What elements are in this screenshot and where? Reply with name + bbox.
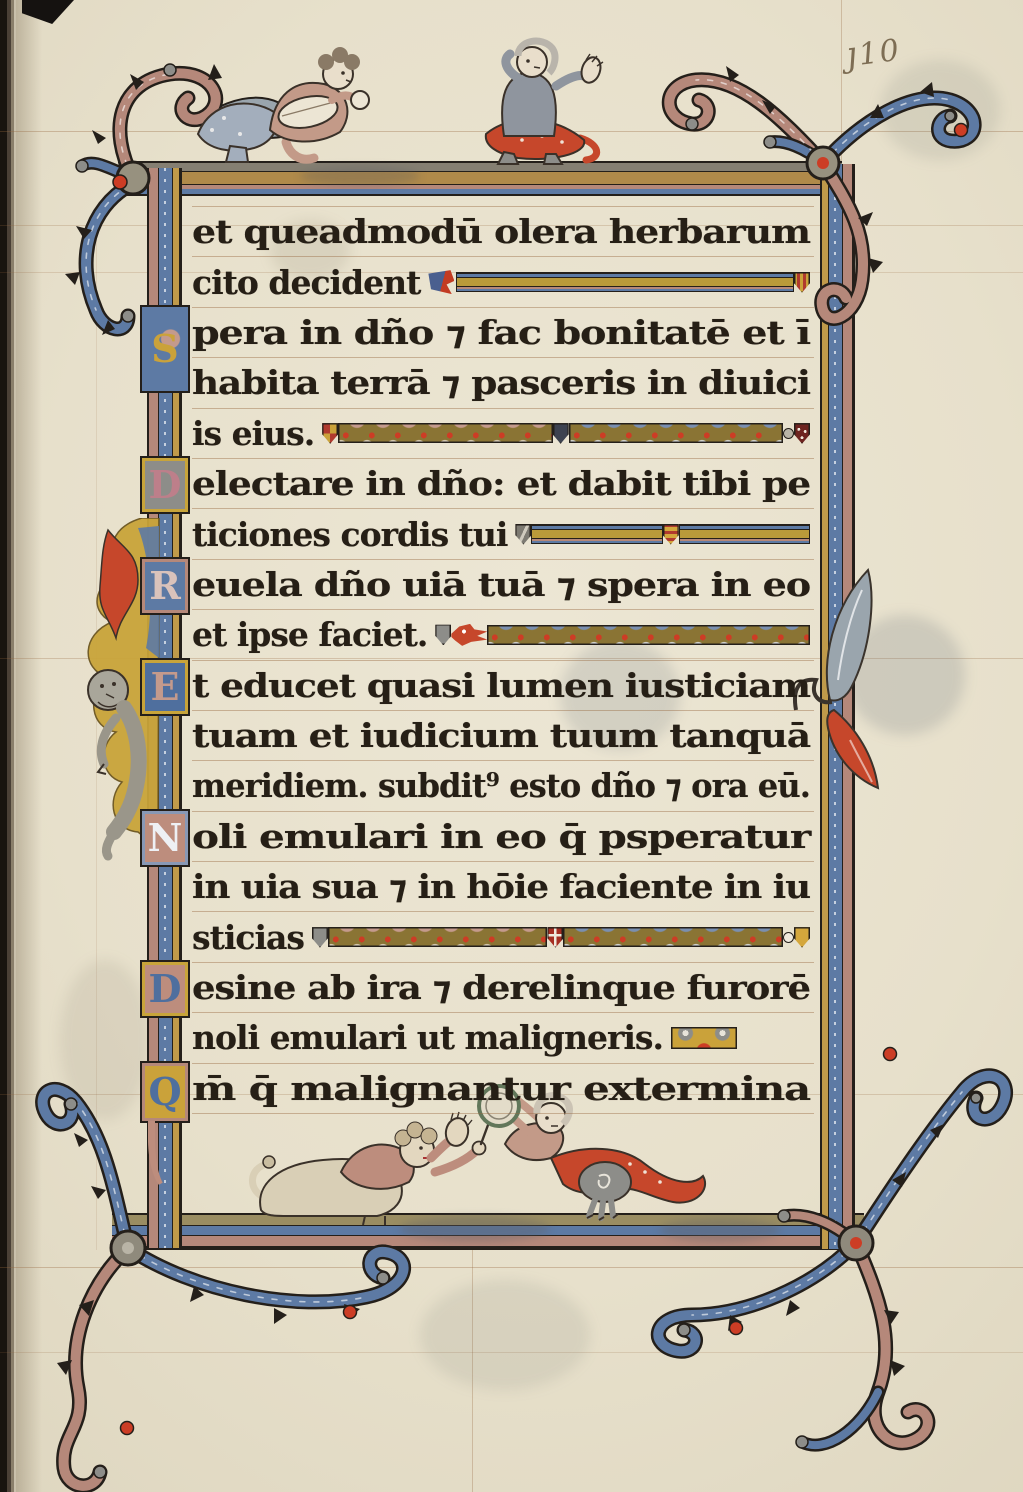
stain xyxy=(420,1280,590,1390)
verse-text: m̄ q̄ malignantur extermina xyxy=(192,1072,810,1105)
text-line: sticias xyxy=(192,911,814,961)
drollery-hybrid-figure-gesturing xyxy=(452,34,612,166)
text-line: ticiones cordis tui xyxy=(192,508,814,558)
stain xyxy=(845,615,965,735)
verse-text: euela dño uiā tuā ⁊ spera in eo xyxy=(192,568,810,601)
ruling-line-vertical xyxy=(841,0,842,161)
verse-text: ticiones cordis tui xyxy=(192,518,507,551)
text-line: in uia sua ⁊ in hōie faciente in iu xyxy=(192,861,814,911)
paint-smudge xyxy=(400,1216,550,1242)
stain xyxy=(60,960,150,1120)
illuminated-initial-Q: Q xyxy=(140,1061,190,1123)
border-bar-top xyxy=(118,161,842,196)
illuminated-initial-N: N xyxy=(140,809,190,867)
paint-smudge xyxy=(300,166,420,186)
folio-number: ȷ10 xyxy=(844,29,903,75)
verse-text: meridiem. subdit⁹ esto dño ⁊ ora eū. xyxy=(192,769,810,802)
line-filler-knot-small xyxy=(671,1027,810,1049)
text-lines: et queadmodū olera herbarumcito decident… xyxy=(192,206,814,1114)
drollery-lion-man-pointing xyxy=(245,1098,500,1226)
text-line: Desine ab ira ⁊ derelinque furorē xyxy=(192,962,814,1012)
verse-text: esine ab ira ⁊ derelinque furorē xyxy=(192,971,810,1004)
text-line: Noli emulari in eo q̄ psperatur xyxy=(192,811,814,861)
book-binding-edge xyxy=(0,0,16,1492)
verse-text: electare in dño: et dabit tibi pe xyxy=(192,467,810,500)
ruling-line xyxy=(0,1267,1023,1268)
verse-text: pera in dño ⁊ fac bonitatē et ī xyxy=(192,316,810,349)
text-line: et ipse faciet. xyxy=(192,609,814,659)
verse-text: sticias xyxy=(192,921,304,954)
illuminated-initial-R: R xyxy=(140,557,190,615)
verse-text: tuam et iudicium tuum tanquā xyxy=(192,719,810,752)
text-line: noli emulari ut maligneris. xyxy=(192,1012,814,1062)
text-line: habita terrā ⁊ pasceris in diuici xyxy=(192,357,814,407)
verse-text: cito decident xyxy=(192,266,420,299)
text-line: is eius. xyxy=(192,408,814,458)
manuscript-page: { "page": { "folio_flourish": "ȷ", "foli… xyxy=(0,0,1023,1492)
border-bar-right xyxy=(820,164,855,1249)
line-filler-bar-shields xyxy=(515,523,810,545)
text-line: et queadmodū olera herbarum xyxy=(192,206,814,256)
illuminated-initial-D: D xyxy=(140,960,190,1018)
verse-text: et queadmodū olera herbarum xyxy=(192,215,810,248)
text-line: Et educet quasi lumen iusticiam xyxy=(192,660,814,710)
illuminated-initial-E: E xyxy=(140,658,190,716)
line-filler-dragon-scroll xyxy=(435,624,810,646)
text-line: meridiem. subdit⁹ esto dño ⁊ ora eū. xyxy=(192,760,814,810)
line-filler-interlace-a xyxy=(322,422,810,444)
text-line: cito decident xyxy=(192,256,814,306)
verse-text: oli emulari in eo q̄ psperatur xyxy=(192,820,810,853)
ruling-line xyxy=(0,131,1023,132)
line-filler-pennant-bar xyxy=(428,271,810,293)
text-line: tuam et iudicium tuum tanquā xyxy=(192,710,814,760)
paint-smudge xyxy=(660,1218,780,1242)
text-line: Spera in dño ⁊ fac bonitatē et ī xyxy=(192,307,814,357)
drollery-hybrid-figure-with-bundle xyxy=(190,38,405,168)
illuminated-initial-D: D xyxy=(140,456,190,514)
verse-text: in uia sua ⁊ in hōie faciente in iu xyxy=(192,870,810,903)
text-line: Reuela dño uiā tuā ⁊ spera in eo xyxy=(192,559,814,609)
text-line: Qm̄ q̄ malignantur extermina xyxy=(192,1063,814,1114)
stain xyxy=(880,60,1000,160)
illuminated-initial-S: S xyxy=(140,305,190,393)
verse-text: noli emulari ut maligneris. xyxy=(192,1021,663,1054)
line-filler-interlace-b xyxy=(312,926,810,948)
verse-text: et ipse faciet. xyxy=(192,618,427,651)
verse-text: is eius. xyxy=(192,417,314,450)
verse-text: habita terrā ⁊ pasceris in diuici xyxy=(192,366,810,399)
text-line: Delectare in dño: et dabit tibi pe xyxy=(192,458,814,508)
verse-text: t educet quasi lumen iusticiam xyxy=(192,669,810,702)
page-gutter-shadow xyxy=(16,0,42,1492)
